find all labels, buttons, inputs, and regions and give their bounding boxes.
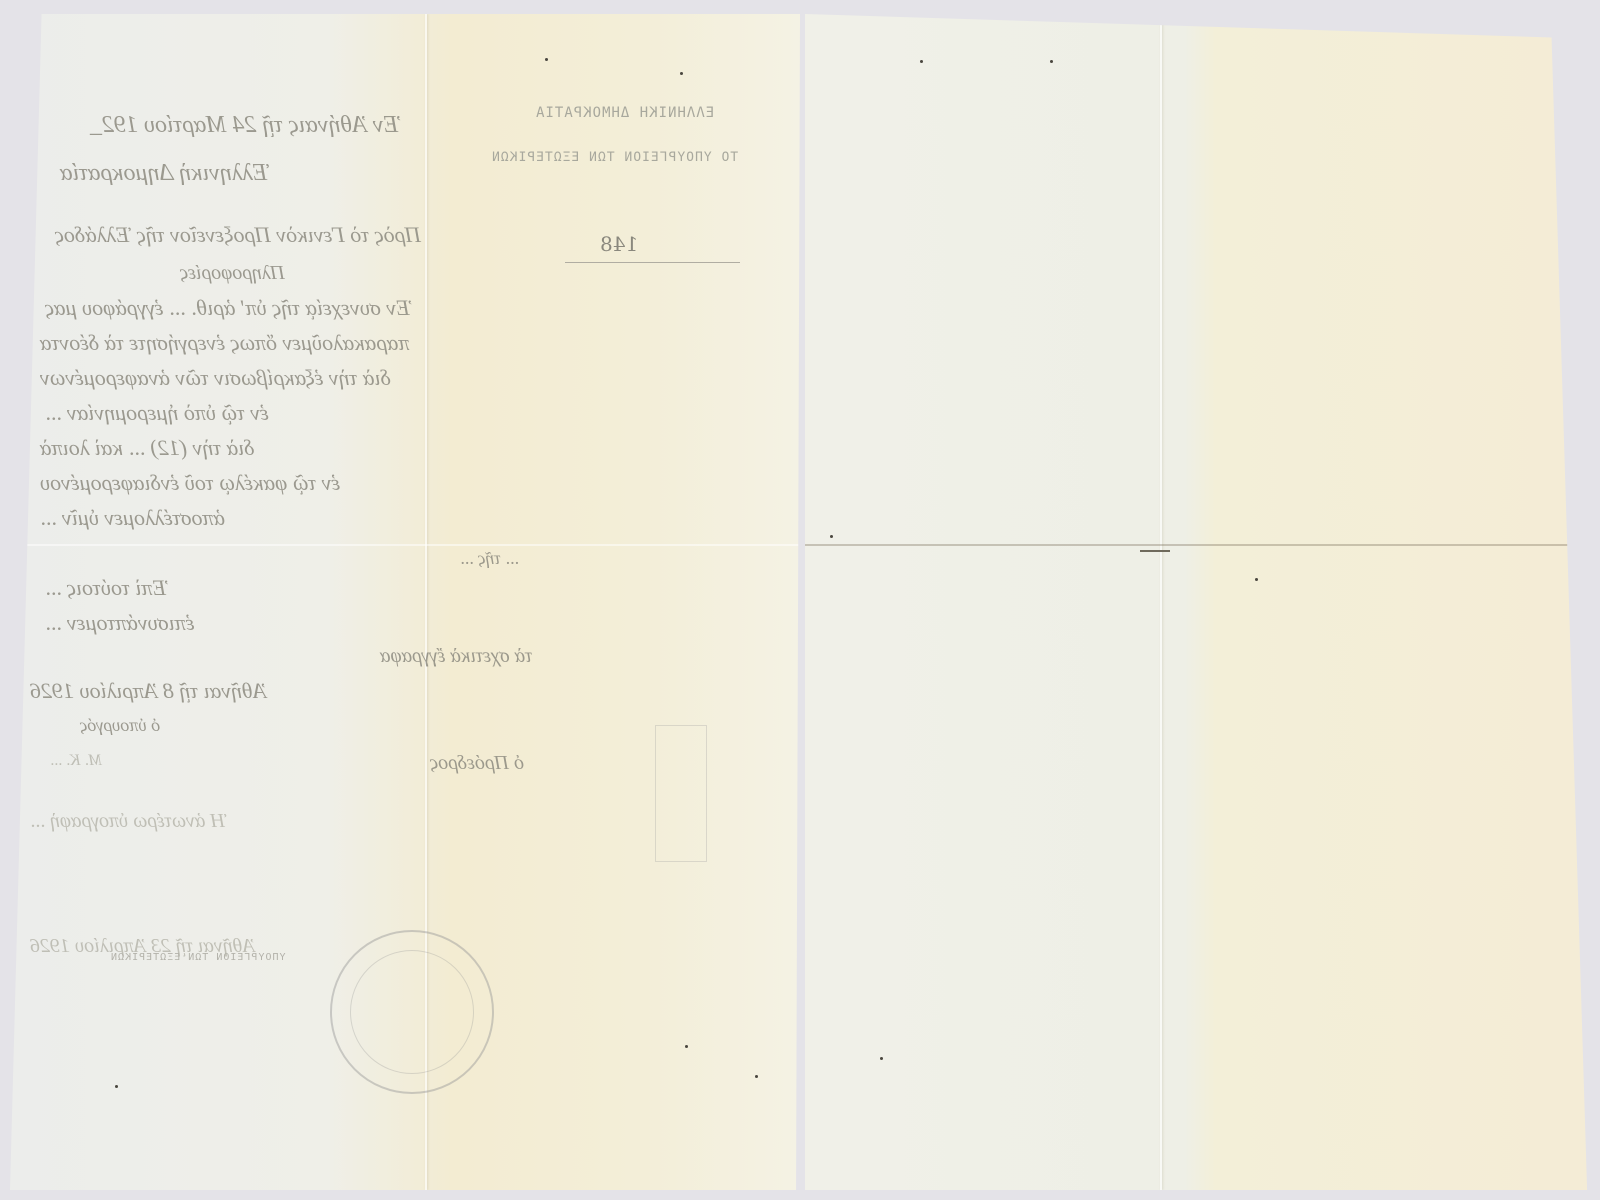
right-page	[805, 14, 1595, 1190]
seal-text: ΥΠΟΥΡΓΕΙΟΝ ΤΩΝ ΕΞΩΤΕΡΙΚΩΝ	[110, 952, 286, 963]
horizontal-fold	[805, 544, 1595, 546]
handwritten-line: Ἡ ἀνωτέρω ὑπογραφὴ ...	[30, 810, 227, 833]
handwritten-line: ἐν τῷ φακέλῳ τοῦ ἐνδιαφερομένου	[40, 470, 340, 496]
paper-speck	[920, 60, 923, 63]
handwritten-line: Ἑλληνικὴ Δημοκρατία	[60, 160, 270, 187]
letterhead-ministry: ΤΟ ΥΠΟΥΡΓΕΙΟΝ ΤΩΝ ΕΞΩΤΕΡΙΚΩΝ	[470, 150, 760, 165]
date-line: Ἐν Ἀθήναις τῇ 24 Μαρτίου 192_	[90, 112, 401, 139]
paper-speck	[685, 1045, 688, 1048]
handwritten-line: ἀποστέλλομεν ὑμῖν ...	[40, 505, 225, 531]
paper-speck	[755, 1075, 758, 1078]
paper-speck	[830, 535, 833, 538]
paper-speck	[1255, 578, 1258, 581]
handwritten-line: Ἀθῆναι τῇ 8 Ἀπριλίου 1926	[30, 678, 266, 704]
paper-tear	[1140, 550, 1170, 552]
paper-speck	[680, 72, 683, 75]
horizontal-fold	[10, 544, 800, 546]
handwritten-line: Ἐπὶ τούτοις ...	[45, 575, 168, 601]
faint-rectangular-mark	[655, 725, 707, 862]
handwritten-line: ὁ Πρόεδρος	[430, 752, 524, 775]
handwritten-line: ἐν τῷ ὑπὸ ἡμερομηνίαν ...	[45, 400, 269, 426]
handwritten-line: Πρὸς τὸ Γενικὸν Προξενεῖον τῆς Ἑλλάδος	[55, 222, 421, 248]
handwritten-line: διὰ τὴν ἐξακρίβωσιν τῶν ἀναφερομένων	[40, 365, 391, 391]
handwritten-line: ἐπισυνάπτομεν ...	[45, 610, 194, 636]
letterhead-title: ΕΛΛΗΝΙΚΗ ΔΗΜΟΚΡΑΤΙΑ	[520, 105, 730, 121]
paper-speck	[115, 1085, 118, 1088]
reference-underline	[565, 262, 740, 263]
official-seal	[330, 930, 494, 1094]
handwritten-line: ὁ ὑπουργός	[80, 715, 160, 736]
paper-speck	[545, 58, 548, 61]
handwritten-line: τὰ σχετικὰ ἔγγραφα	[380, 645, 532, 668]
paper-speck	[1050, 60, 1053, 63]
handwritten-line: παρακαλοῦμεν ὅπως ἐνεργήσητε τὰ δέοντα	[40, 330, 409, 356]
reference-number: 148	[600, 232, 638, 256]
handwritten-line: Μ. Κ. ...	[50, 752, 102, 770]
handwritten-line: Ἐν συνεχείᾳ τῆς ὑπ' ἀριθ. ... ἐγγράφου μ…	[45, 295, 412, 321]
handwritten-line: ... τῆς ...	[460, 548, 519, 569]
paper-speck	[880, 1057, 883, 1060]
handwritten-line: Πληροφορίες	[180, 262, 285, 285]
handwritten-line: διὰ τὴν (12) ... καὶ λοιπὰ	[40, 435, 255, 461]
vertical-fold	[1160, 14, 1162, 1190]
